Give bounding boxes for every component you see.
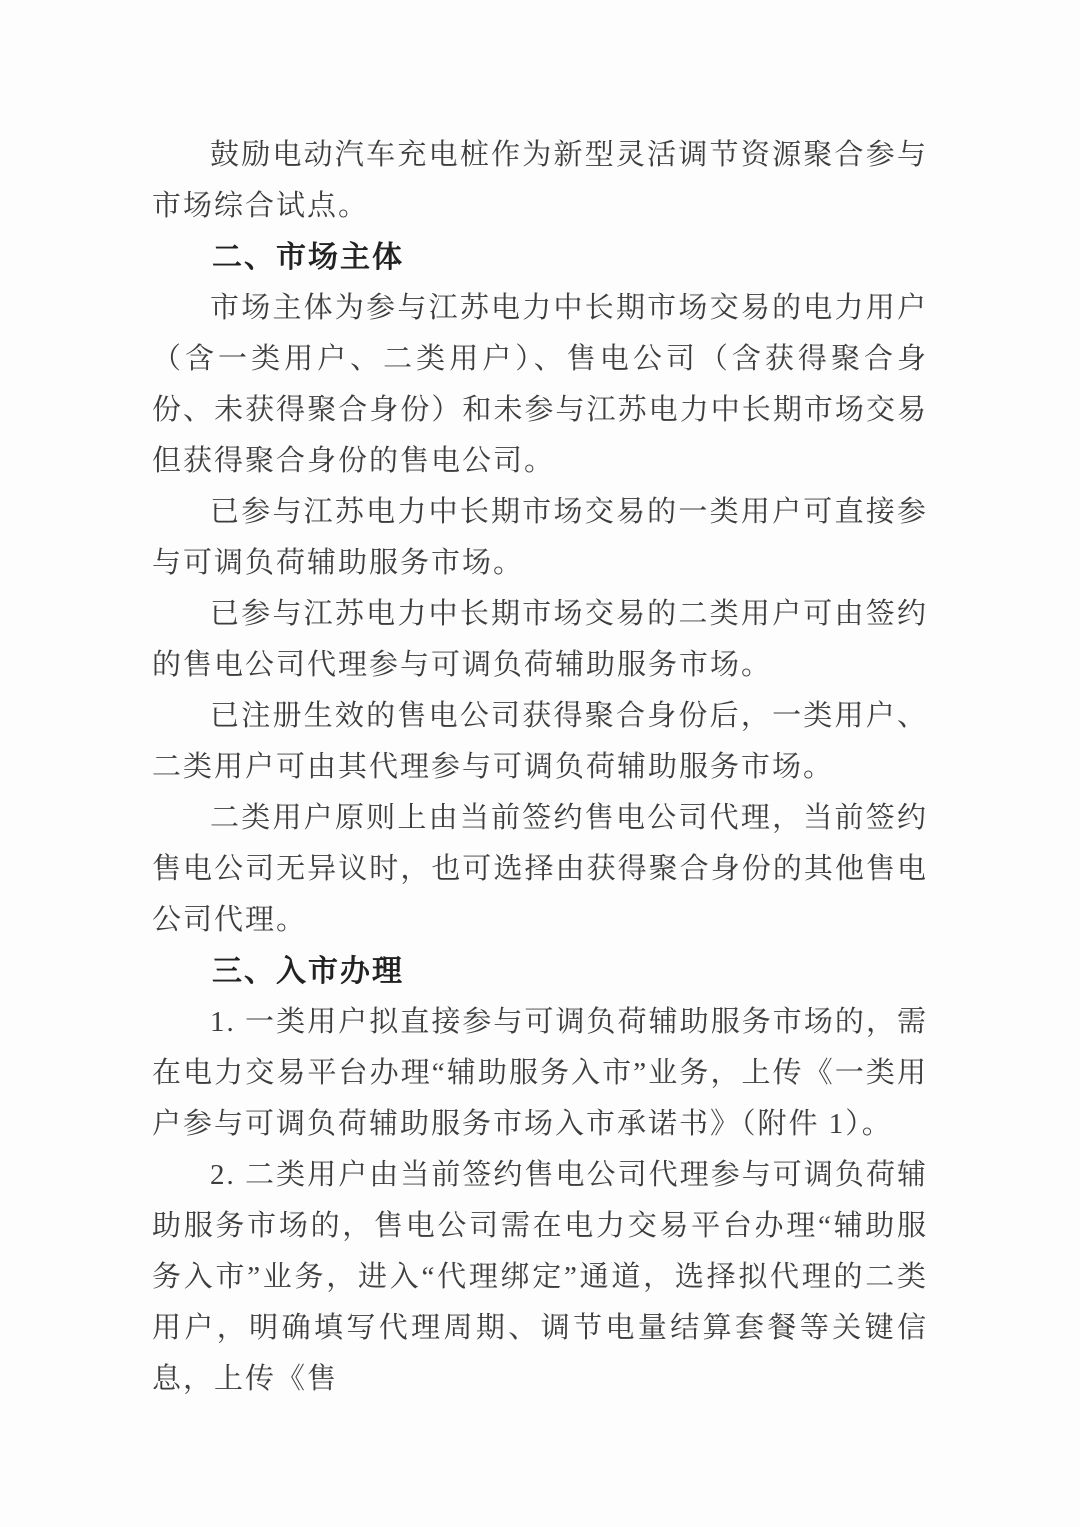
- paragraph-item1-class1-user-entry: 1. 一类用户拟直接参与可调负荷辅助服务市场的，需在电力交易平台办理“辅助服务入…: [152, 997, 928, 1150]
- paragraph-registered-retailer-aggregation: 已注册生效的售电公司获得聚合身份后，一类用户、二类用户可由其代理参与可调负荷辅助…: [152, 691, 928, 793]
- paragraph-item2-class2-user-entry: 2. 二类用户由当前签约售电公司代理参与可调负荷辅助服务市场的，售电公司需在电力…: [152, 1150, 928, 1405]
- section-heading-market-entry-process: 三、入市办理: [152, 946, 928, 997]
- section-heading-market-entities: 二、市场主体: [152, 232, 928, 283]
- paragraph-ev-charging-pilot: 鼓励电动汽车充电桩作为新型灵活调节资源聚合参与市场综合试点。: [152, 130, 928, 232]
- document-text-block: 鼓励电动汽车充电桩作为新型灵活调节资源聚合参与市场综合试点。 二、市场主体 市场…: [152, 130, 928, 1405]
- paragraph-class2-users-agency-principle: 二类用户原则上由当前签约售电公司代理，当前签约售电公司无异议时，也可选择由获得聚…: [152, 793, 928, 946]
- paragraph-class2-users-agency-participation: 已参与江苏电力中长期市场交易的二类用户可由签约的售电公司代理参与可调负荷辅助服务…: [152, 589, 928, 691]
- paragraph-market-entities-definition: 市场主体为参与江苏电力中长期市场交易的电力用户（含一类用户、二类用户）、售电公司…: [152, 283, 928, 487]
- document-page: 鼓励电动汽车充电桩作为新型灵活调节资源聚合参与市场综合试点。 二、市场主体 市场…: [0, 0, 1080, 1527]
- paragraph-class1-users-direct-participation: 已参与江苏电力中长期市场交易的一类用户可直接参与可调负荷辅助服务市场。: [152, 487, 928, 589]
